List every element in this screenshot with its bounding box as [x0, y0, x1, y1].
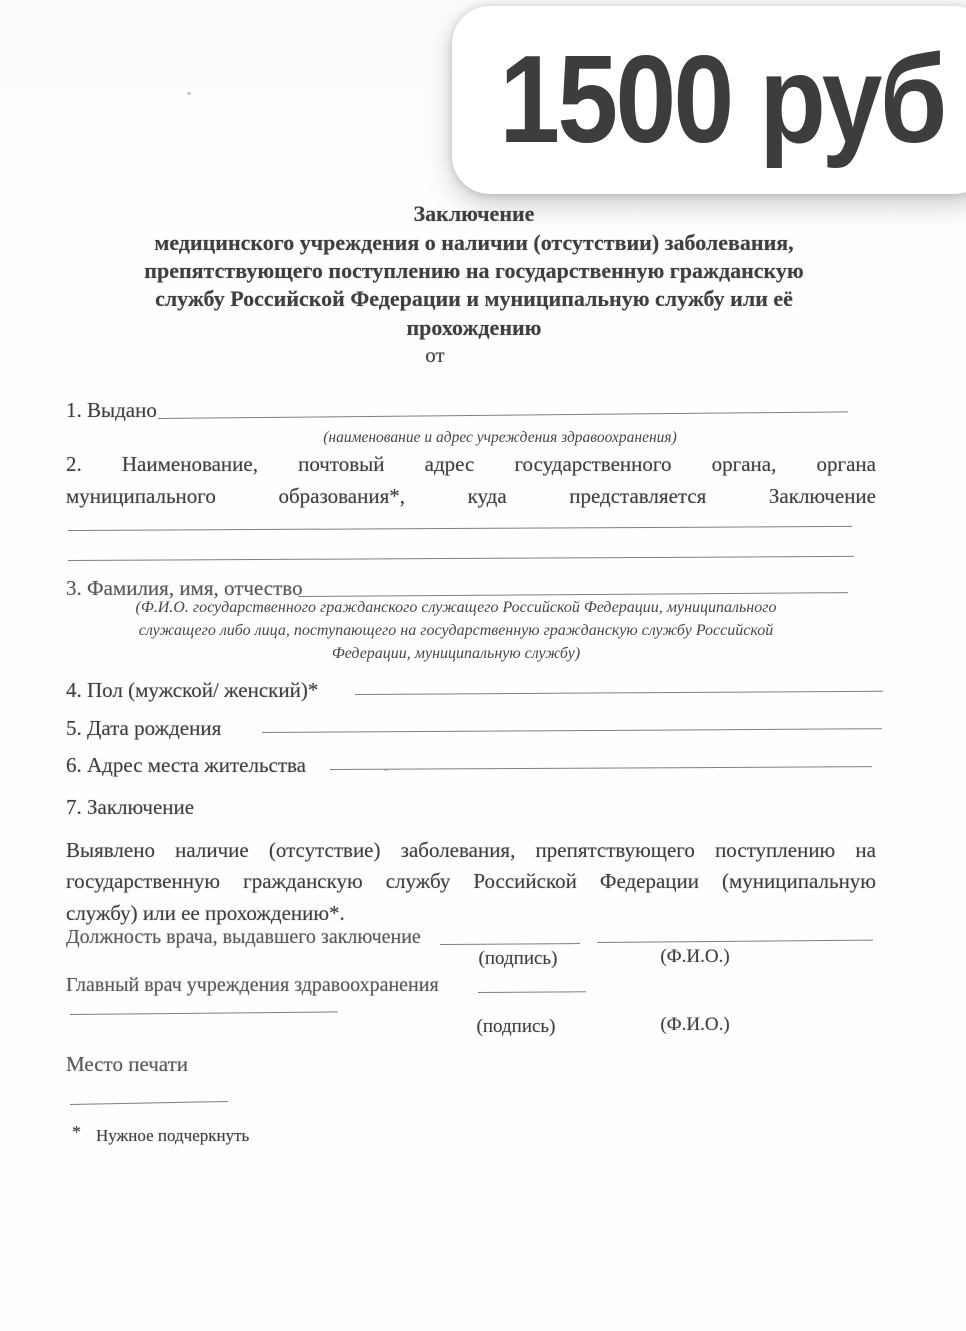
scan-artifact — [187, 92, 191, 95]
item3-caption-line-3: Федерации, муниципальную службу) — [0, 645, 912, 663]
item3-caption-line-2: служащего либо лица, поступающего на гос… — [0, 622, 912, 640]
chief-doctor-blank-2 — [70, 989, 338, 1015]
footnote-text: Нужное подчеркнуть — [96, 1126, 249, 1146]
item5-blank-line — [262, 706, 882, 733]
conclusion-line-2: государственную гражданскую службу Росси… — [66, 869, 876, 894]
scanned-document-page: 1500 руб Заключение медицинского учрежде… — [0, 0, 966, 1331]
item2-blank-line-2 — [68, 534, 854, 561]
signature-caption-2: (подпись) — [466, 1016, 566, 1038]
item7-label: 7. Заключение — [66, 795, 194, 820]
from-label: от — [0, 343, 870, 368]
item2-line-1: 2. Наименование, почтовый адрес государс… — [66, 452, 876, 477]
chief-doctor-blank — [478, 969, 586, 993]
item3-caption-line-1: (Ф.И.О. государственного гражданского сл… — [0, 599, 912, 617]
doctor-position-label: Должность врача, выдавшего заключение — [66, 926, 421, 949]
conclusion-line-3: службу) или ее прохождению*. — [66, 901, 345, 926]
conclusion-line-1: Выявлено наличие (отсутствие) заболевани… — [66, 838, 876, 863]
item3-blank-line — [298, 570, 848, 597]
signature-caption-1: (подпись) — [468, 948, 568, 970]
stamp-blank-line — [70, 1079, 228, 1105]
footnote-marker: * — [72, 1122, 81, 1143]
doc-title-line-3: препятствующего поступлению на государст… — [60, 258, 888, 284]
stamp-place-label: Место печати — [66, 1052, 188, 1077]
doc-title-line-2: медицинского учреждения о наличии (отсут… — [60, 230, 888, 256]
scan-artifact — [305, 266, 310, 268]
item2-blank-line-1 — [68, 504, 852, 531]
scan-artifact — [384, 769, 388, 771]
item1-blank-line — [158, 389, 848, 419]
item1-label: 1. Выдано — [66, 398, 157, 423]
name-caption-1: (Ф.И.О.) — [645, 946, 745, 968]
doctor-name-blank — [597, 916, 873, 943]
doctor-signature-blank — [440, 921, 580, 945]
doc-title-line-5: прохождению — [60, 315, 888, 341]
item4-label: 4. Пол (мужской/ женский)* — [66, 678, 318, 703]
item4-blank-line — [355, 669, 883, 695]
price-badge: 1500 руб — [452, 6, 966, 194]
doc-title-line-4: службу Российской Федерации и муниципаль… — [60, 286, 888, 312]
item3-label: 3. Фамилия, имя, отчество — [66, 576, 303, 601]
item6-blank-line — [330, 744, 872, 770]
name-caption-2: (Ф.И.О.) — [645, 1014, 745, 1036]
item5-label: 5. Дата рождения — [66, 716, 221, 741]
doc-title-line-1: Заключение — [60, 201, 888, 227]
item6-label: 6. Адрес места жительства — [66, 753, 306, 778]
price-text: 1500 руб — [499, 29, 944, 171]
item1-caption: (наименование и адрес учреждения здравоо… — [120, 429, 880, 447]
